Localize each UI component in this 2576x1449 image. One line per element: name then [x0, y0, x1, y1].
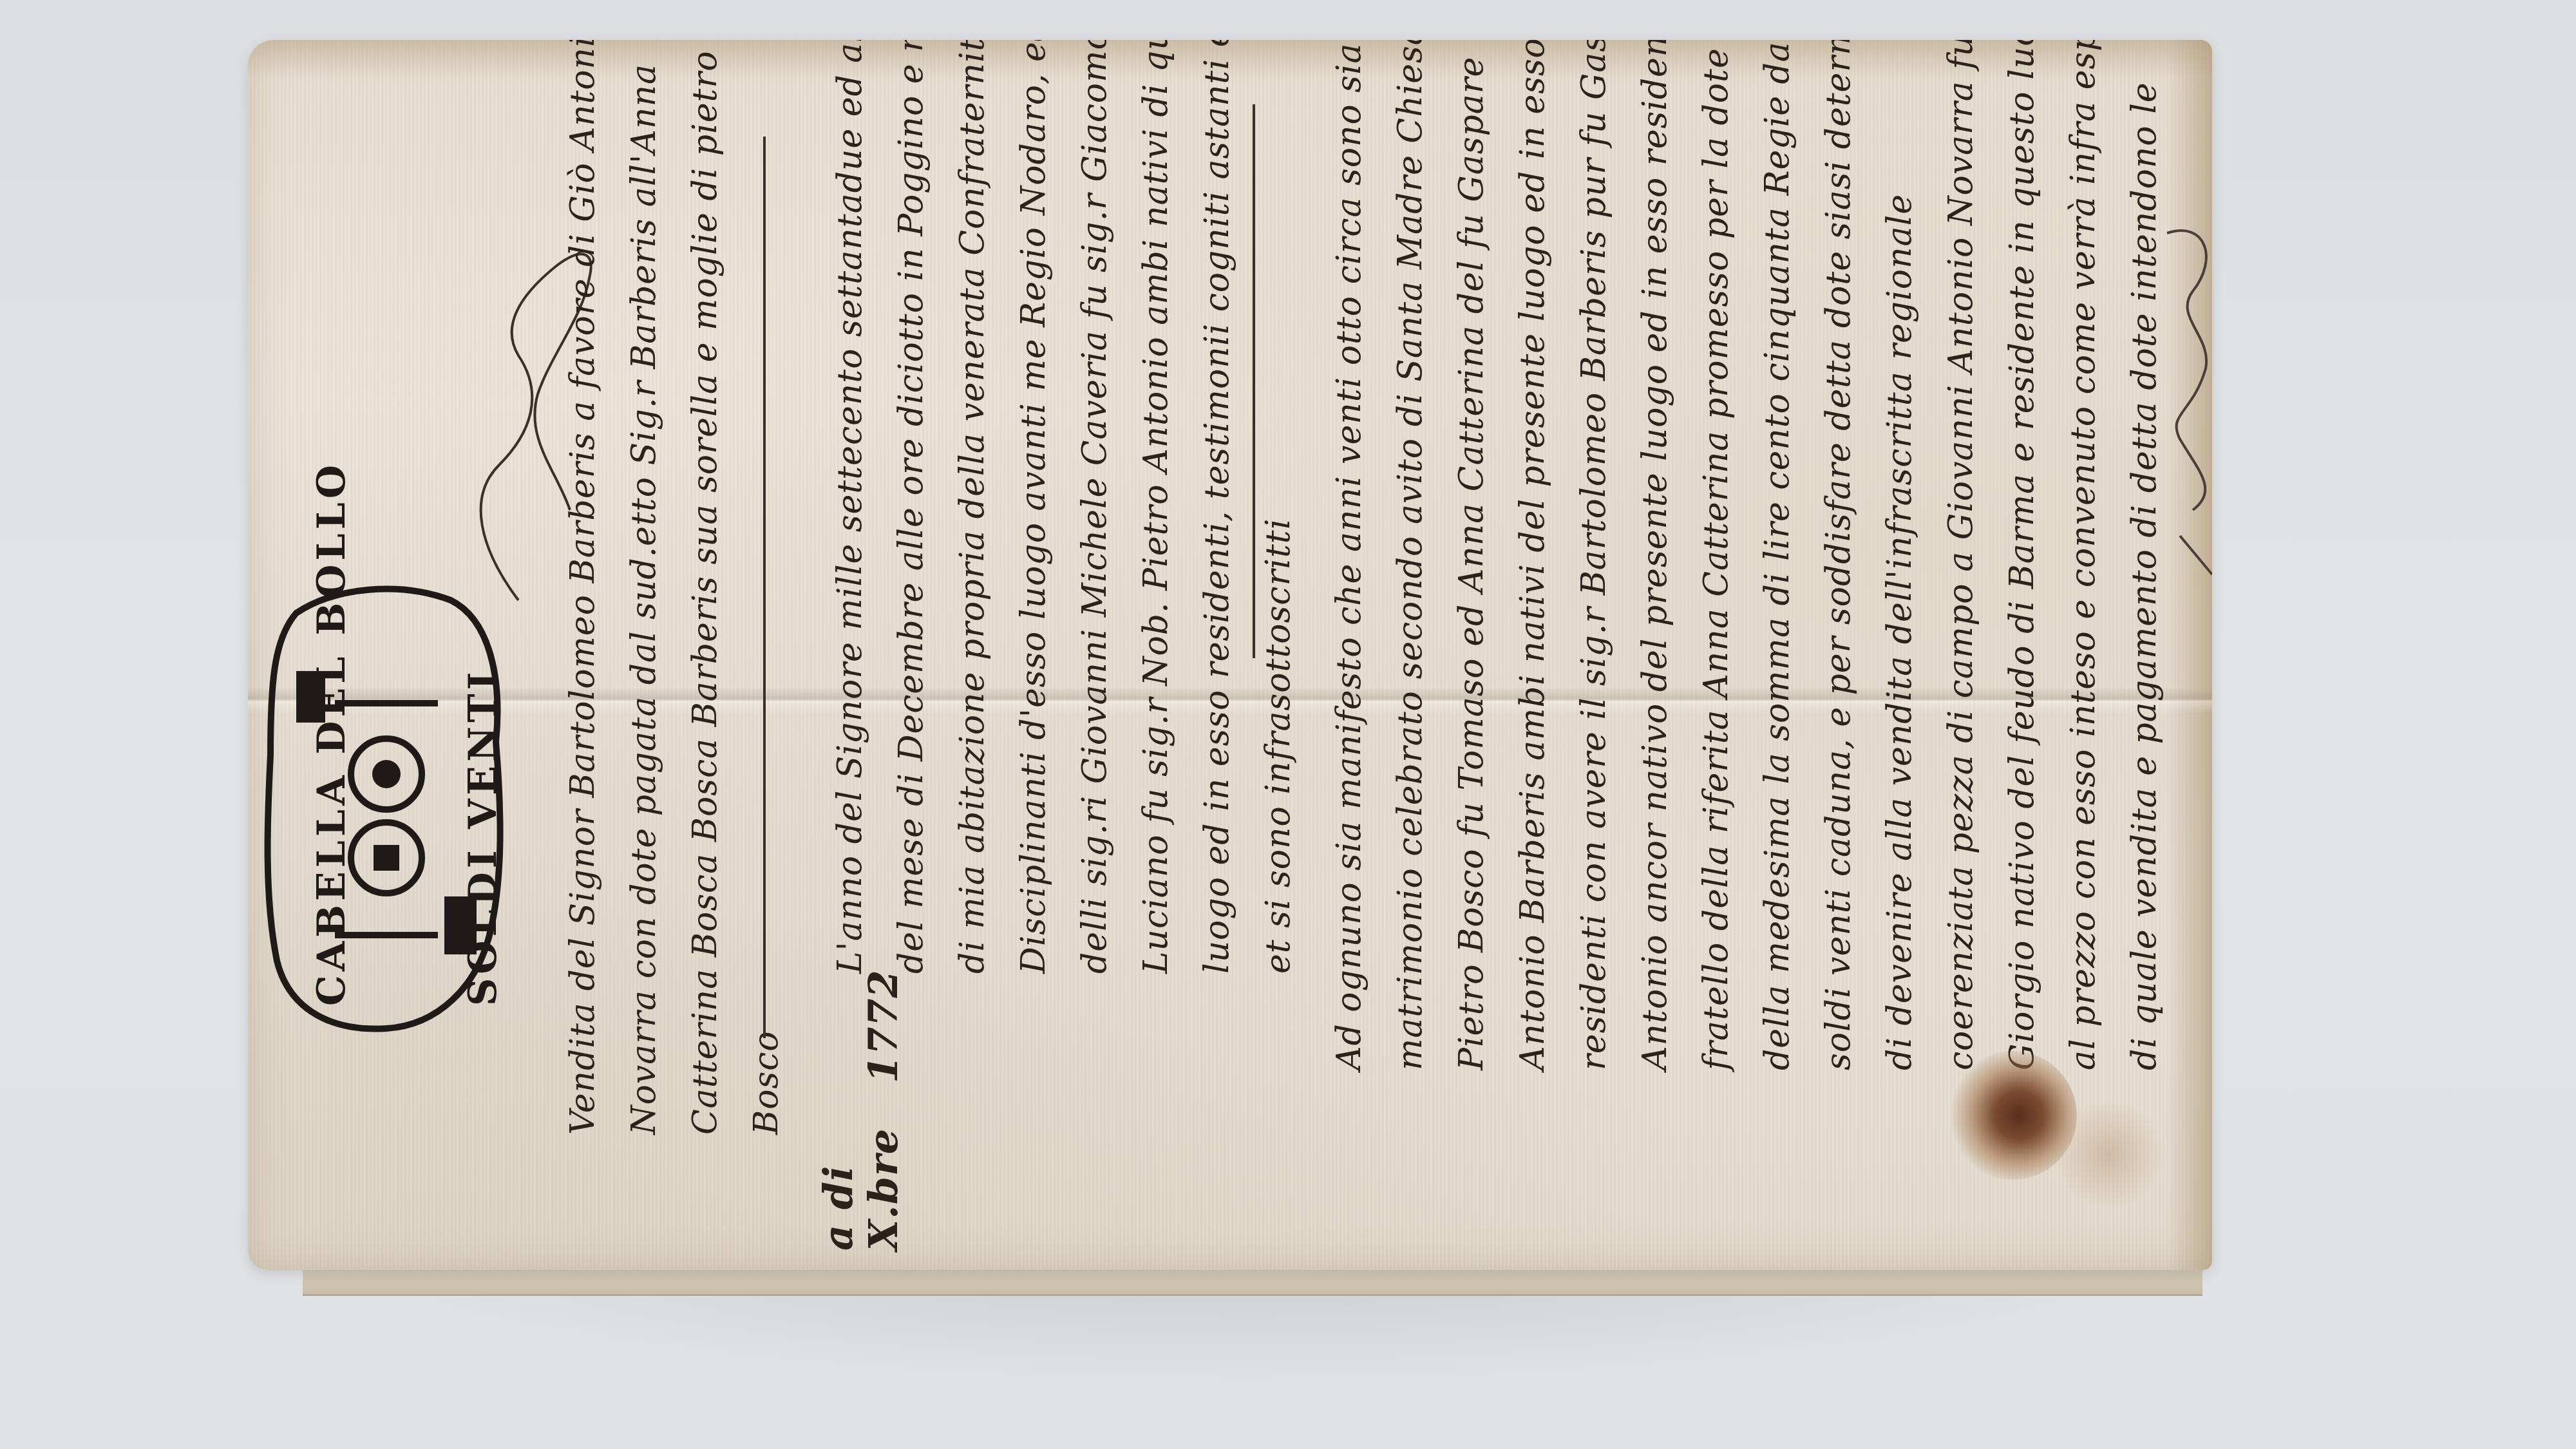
body-line-16: della medesima la somma di lire cento ci…: [1758, 41, 1797, 1070]
body-line-11: Pietro Bosco fu Tomaso ed Anna Catterina…: [1452, 57, 1491, 1070]
paragraph-rule: [1253, 104, 1255, 658]
body-line-13: residenti con avere il sig.r Bartolomeo …: [1575, 40, 1613, 1070]
body-line-5: delli sig.ri Giovanni Michele Caveria fu…: [1075, 40, 1114, 974]
margin-date-line-1: a di: [815, 1165, 862, 1251]
margin-date-line-2: X.bre: [860, 1128, 907, 1251]
body-line-2: del mese di Decembre alle ore diciotto i…: [892, 40, 931, 974]
body-line-9: Ad ognuno sia manifesto che anni venti o…: [1330, 40, 1368, 1070]
title-line-3: Catterina Bosca Bosca Barberis sua sorel…: [686, 50, 724, 1135]
foxing-stain: [2051, 1103, 2167, 1206]
body-line-19: coerenziata pezza di campo a Giovanni An…: [1942, 40, 1980, 1070]
title-line-1: Vendita del Signor Bartolomeo Barberis a…: [563, 40, 602, 1135]
body-line-18: di devenire alla vendita dell'infrascrit…: [1880, 194, 1919, 1070]
body-line-14: Antonio ancor nativo del presente luogo …: [1636, 40, 1674, 1070]
body-line-6: Luciano fu sig.r Nob. Pietro Antonio amb…: [1137, 40, 1175, 974]
body-line-21: al prezzo con esso inteso e convenuto co…: [2064, 40, 2103, 1070]
title-line-2: Novarra con dote pagata dal sud.etto Sig…: [625, 64, 663, 1135]
margin-date-line-3: 1772: [860, 969, 907, 1083]
title-rule: [763, 137, 766, 1038]
body-line-20: Giorgio nativo del feudo di Barma e resi…: [2003, 40, 2041, 1070]
body-line-10: matrimonio celebrato secondo avito di Sa…: [1391, 40, 1430, 1070]
body-line-3: di mia abitazione propria della venerata…: [953, 40, 992, 974]
document-sheet: CABELLA DEL BOLLO SOLDI VENTI Vendita de…: [248, 40, 2212, 1270]
body-line-15: fratello della riferita Anna Catterina p…: [1697, 48, 1736, 1070]
title-line-4: Bosco: [747, 1030, 786, 1135]
body-line-17: soldi venti caduna, e per soddisfare det…: [1819, 40, 1858, 1070]
closing-flourish-icon: [2154, 220, 2212, 581]
body-line-12: Antonio Barberis ambi nativi del present…: [1513, 40, 1552, 1070]
body-line-7: luogo ed in esso residenti, testimonii c…: [1198, 40, 1236, 974]
stamp-top-text: CABELLA DEL BOLLO: [309, 461, 354, 1006]
body-line-8: et si sono infrasottoscritti: [1259, 518, 1298, 974]
body-line-4: Disciplinanti d'esso luogo avanti me Reg…: [1014, 40, 1053, 974]
stamp-bottom-text: SOLDI VENTI: [460, 668, 506, 1006]
body-line-1: L'anno del Signore mille settecento sett…: [831, 40, 869, 974]
